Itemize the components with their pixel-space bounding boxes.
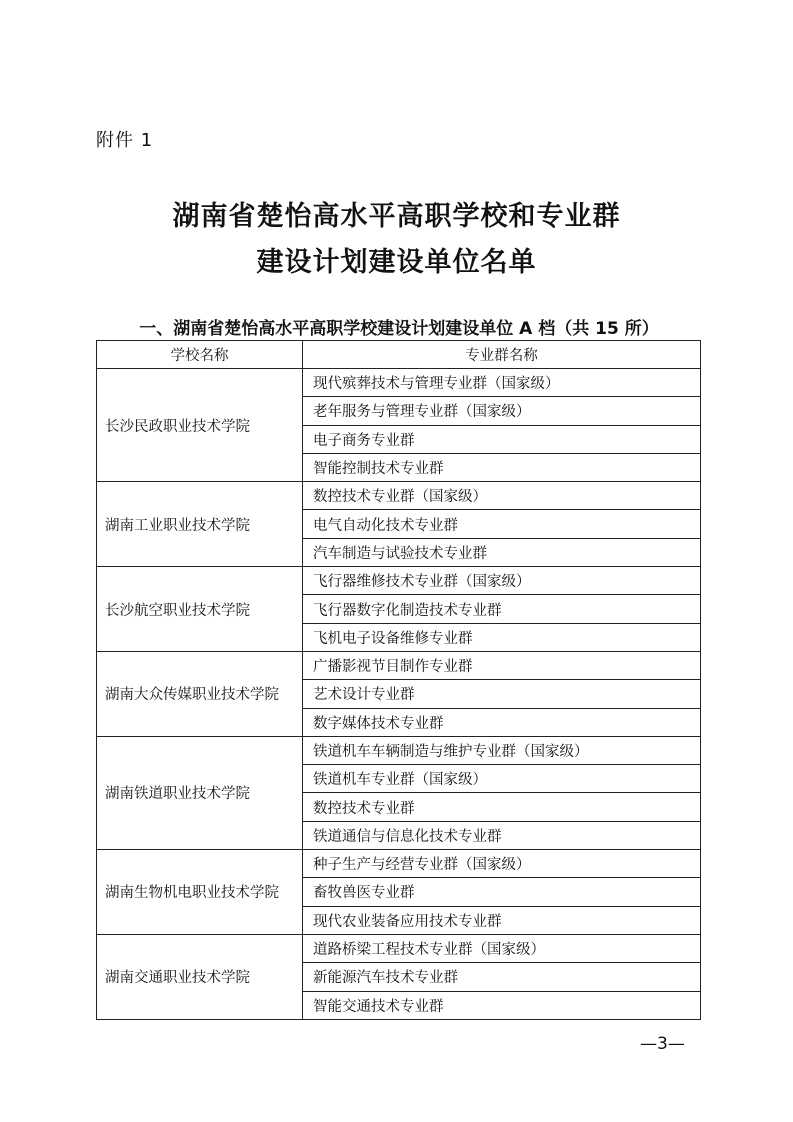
document-title-line-2: 建设计划建设单位名单 bbox=[0, 240, 793, 279]
header-group-name: 专业群名称 bbox=[303, 341, 701, 369]
group-name: 现代殡葬技术与管理专业群（国家级） bbox=[303, 369, 701, 397]
table-row: 湖南生物机电职业技术学院 种子生产与经营专业群（国家级） bbox=[97, 850, 701, 878]
table-header-row: 学校名称 专业群名称 bbox=[97, 341, 701, 369]
school-list-table: 学校名称 专业群名称 长沙民政职业技术学院 现代殡葬技术与管理专业群（国家级） … bbox=[96, 340, 701, 1020]
attachment-label: 附件 1 bbox=[96, 126, 153, 152]
group-name: 数控技术专业群 bbox=[303, 793, 701, 821]
group-name: 智能交通技术专业群 bbox=[303, 991, 701, 1019]
group-name: 广播影视节目制作专业群 bbox=[303, 651, 701, 679]
group-name: 电气自动化技术专业群 bbox=[303, 510, 701, 538]
section-heading: 一、湖南省楚怡高水平高职学校建设计划建设单位 A 档（共 15 所） bbox=[96, 314, 702, 339]
group-name: 数控技术专业群（国家级） bbox=[303, 482, 701, 510]
group-name: 畜牧兽医专业群 bbox=[303, 878, 701, 906]
document-title-line-1: 湖南省楚怡高水平高职学校和专业群 bbox=[0, 194, 793, 233]
group-name: 电子商务专业群 bbox=[303, 425, 701, 453]
group-name: 数字媒体技术专业群 bbox=[303, 708, 701, 736]
group-name: 老年服务与管理专业群（国家级） bbox=[303, 397, 701, 425]
group-name: 种子生产与经营专业群（国家级） bbox=[303, 850, 701, 878]
group-name: 铁道通信与信息化技术专业群 bbox=[303, 821, 701, 849]
group-name: 智能控制技术专业群 bbox=[303, 453, 701, 481]
group-name: 飞行器维修技术专业群（国家级） bbox=[303, 567, 701, 595]
table-row: 湖南大众传媒职业技术学院 广播影视节目制作专业群 bbox=[97, 651, 701, 679]
group-name: 铁道机车车辆制造与维护专业群（国家级） bbox=[303, 736, 701, 764]
school-name: 湖南交通职业技术学院 bbox=[97, 934, 303, 1019]
group-name: 艺术设计专业群 bbox=[303, 680, 701, 708]
group-name: 现代农业装备应用技术专业群 bbox=[303, 906, 701, 934]
page-number: —3— bbox=[640, 1034, 685, 1054]
group-name: 汽车制造与试验技术专业群 bbox=[303, 538, 701, 566]
school-name: 长沙航空职业技术学院 bbox=[97, 567, 303, 652]
school-name: 湖南工业职业技术学院 bbox=[97, 482, 303, 567]
table-row: 长沙航空职业技术学院 飞行器维修技术专业群（国家级） bbox=[97, 567, 701, 595]
group-name: 道路桥梁工程技术专业群（国家级） bbox=[303, 934, 701, 962]
table-row: 湖南交通职业技术学院 道路桥梁工程技术专业群（国家级） bbox=[97, 934, 701, 962]
group-name: 新能源汽车技术专业群 bbox=[303, 963, 701, 991]
group-name: 飞机电子设备维修专业群 bbox=[303, 623, 701, 651]
school-name: 湖南铁道职业技术学院 bbox=[97, 736, 303, 849]
school-name: 湖南大众传媒职业技术学院 bbox=[97, 651, 303, 736]
group-name: 飞行器数字化制造技术专业群 bbox=[303, 595, 701, 623]
table-row: 长沙民政职业技术学院 现代殡葬技术与管理专业群（国家级） bbox=[97, 369, 701, 397]
group-name: 铁道机车专业群（国家级） bbox=[303, 765, 701, 793]
header-school-name: 学校名称 bbox=[97, 341, 303, 369]
table-row: 湖南工业职业技术学院 数控技术专业群（国家级） bbox=[97, 482, 701, 510]
school-name: 湖南生物机电职业技术学院 bbox=[97, 850, 303, 935]
table-row: 湖南铁道职业技术学院 铁道机车车辆制造与维护专业群（国家级） bbox=[97, 736, 701, 764]
school-name: 长沙民政职业技术学院 bbox=[97, 369, 303, 482]
